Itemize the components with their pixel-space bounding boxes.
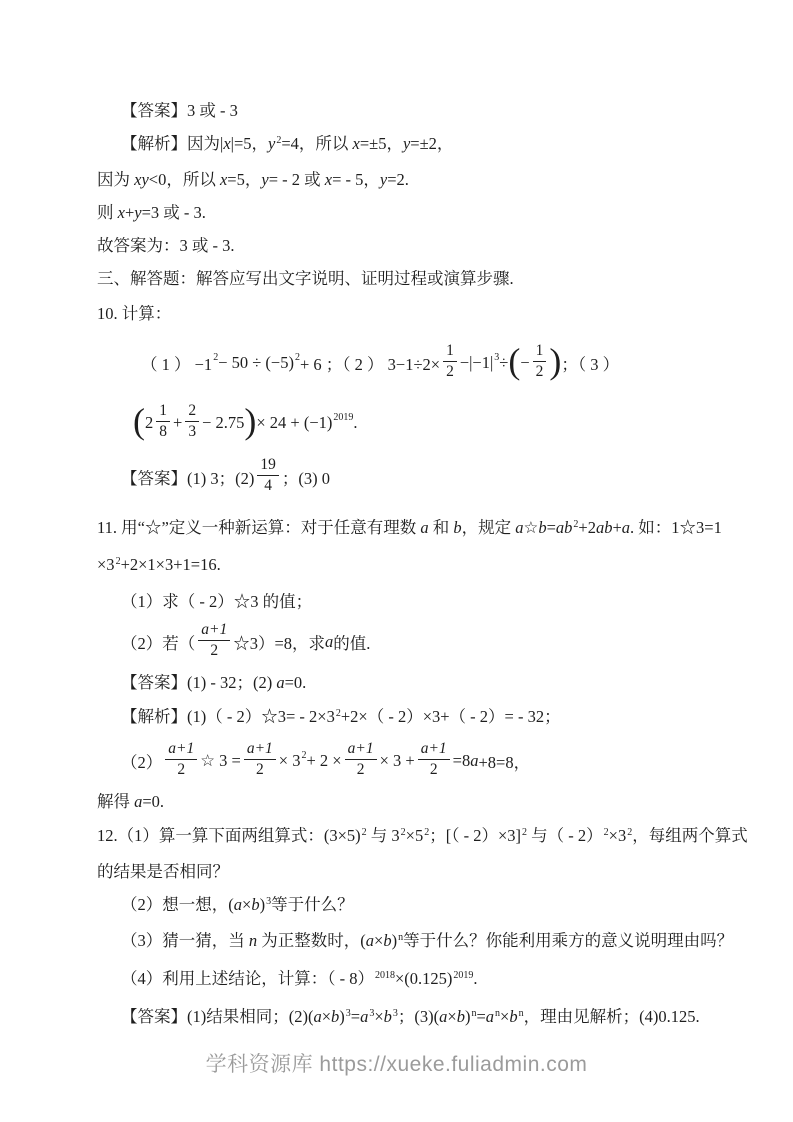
q9-then-line: 则 x+y=3 或 - 3. bbox=[97, 196, 717, 229]
q9-because-line: 因为 xy<0，所以 x=5，y= - 2 或 x= - 5，y=2. bbox=[97, 163, 717, 196]
q10-expression-line2: (218+23− 2.75)× 24 + (−1)2019 . bbox=[97, 393, 717, 453]
q12-heading-line2: 的结果是否相同？ bbox=[97, 856, 717, 888]
q12-part3-line: （3）猜一猜，当 n 为正整数时，(a×b)n等于什么？你能利用乘方的意义说明理… bbox=[97, 924, 717, 961]
watermark-footer: 学科资源库 https://xueke.fuliadmin.com bbox=[0, 1048, 793, 1078]
fraction: 18 bbox=[156, 402, 170, 441]
fraction: a+12 bbox=[244, 740, 276, 779]
fraction: 12 bbox=[533, 342, 547, 381]
q11-heading-line2: ×32+2×1×3+1=16. bbox=[97, 548, 717, 585]
q12-part2-line: （2）想一想，(a×b)3等于什么？ bbox=[97, 888, 717, 924]
q12-part4-line: （4）利用上述结论，计算：（ - 8）2018×(0.125)2019. bbox=[97, 961, 717, 999]
fraction: a+12 bbox=[345, 740, 377, 779]
fraction: 194 bbox=[257, 456, 279, 495]
q11-analysis-line2: （2）a+12☆ 3 = a+12× 32 + 2 × a+12× 3 + a+… bbox=[97, 737, 717, 785]
q11-part1-line: （1）求（ - 2）☆3 的值； bbox=[97, 585, 717, 618]
q12-heading-line1: 12.（1）算一算下面两组算式：(3×5)2 与 32×52；[（ - 2）×3… bbox=[97, 819, 717, 856]
q11-answer-line: 【答案】(1) - 32；(2) a=0. bbox=[97, 666, 717, 700]
fraction: 23 bbox=[185, 402, 199, 441]
q9-answer-line: 【答案】3 或 - 3 bbox=[97, 94, 717, 127]
document-page: 【答案】3 或 - 3 【解析】因为|x|=5，y2=4，所以 x=±5，y=±… bbox=[0, 0, 793, 1122]
q11-part2-line: （2）若（a+12☆3）=8，求 a 的值. bbox=[97, 618, 717, 666]
q11-solve-line: 解得 a=0. bbox=[97, 785, 717, 819]
q11-analysis-line1: 【解析】(1)（ - 2）☆3= - 2×32+2×（ - 2）×3+（ - 2… bbox=[97, 700, 717, 737]
fraction: a+12 bbox=[198, 621, 230, 660]
q10-answer-line: 【答案】(1) 3；(2) 194；(3) 0 bbox=[97, 453, 717, 501]
document-content: 【答案】3 或 - 3 【解析】因为|x|=5，y2=4，所以 x=±5，y=±… bbox=[97, 94, 717, 1037]
fraction: 12 bbox=[443, 342, 457, 381]
section-heading: 三、解答题：解答应写出文字说明、证明过程或演算步骤. bbox=[97, 262, 717, 295]
q9-conclusion-line: 故答案为：3 或 - 3. bbox=[97, 229, 717, 262]
fraction: a+12 bbox=[165, 740, 197, 779]
q12-answer-line: 【答案】(1)结果相同；(2)(a×b)3=a3×b3；(3)(a×b)n=an… bbox=[97, 999, 717, 1037]
q10-expression-line1: （ 1 ） −12 − 50 ÷ (−5)2 + 6 ；（ 2 ） 3−1÷2×… bbox=[97, 333, 717, 393]
spacer bbox=[97, 501, 717, 511]
q10-heading: 10. 计算： bbox=[97, 295, 717, 333]
q11-heading-line1: 11. 用“☆”定义一种新运算：对于任意有理数 a 和 b，规定 a☆b=ab2… bbox=[97, 511, 717, 548]
fraction: a+12 bbox=[418, 740, 450, 779]
q9-analysis-line: 【解析】因为|x|=5，y2=4，所以 x=±5，y=±2， bbox=[97, 127, 717, 163]
